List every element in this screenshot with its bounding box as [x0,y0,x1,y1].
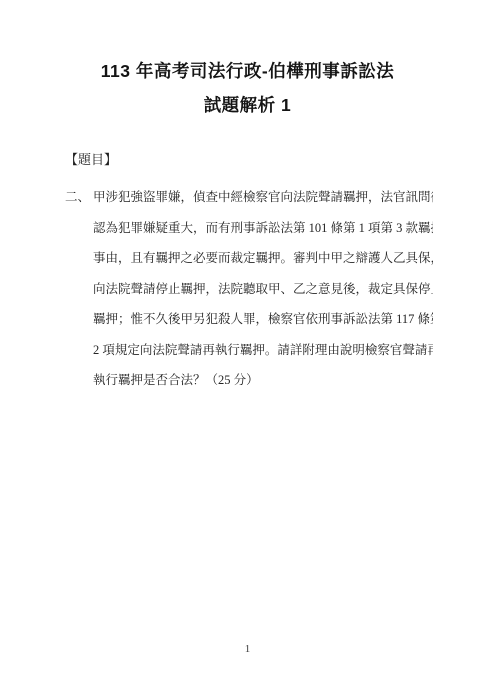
question-paragraph: 二、 甲涉犯強盜罪嫌，偵查中經檢察官向法院聲請羈押，法官訊問後， 認為犯罪嫌疑重… [65,182,433,396]
title-block: 113 年高考司法行政-伯樺刑事訴訟法 試題解析 1 [0,0,495,119]
question-text-line: 羈押；惟不久後甲另犯殺人罪，檢察官依刑事訴訟法第 117 條第 [93,304,433,335]
question-text-line: 2 項規定向法院聲請再執行羈押。請詳附理由說明檢察官聲請再 [93,335,433,366]
document-title-line2: 試題解析 1 [0,92,495,119]
question-text-line: 執行羈押是否合法？（25 分） [93,365,433,396]
question-number-marker: 二、 [65,182,93,396]
document-title-line1: 113 年高考司法行政-伯樺刑事訴訟法 [0,58,495,85]
document-page: 113 年高考司法行政-伯樺刑事訴訟法 試題解析 1 【題目】 二、 甲涉犯強盜… [0,0,495,700]
question-text-line: 甲涉犯強盜罪嫌，偵查中經檢察官向法院聲請羈押，法官訊問後， [93,182,433,213]
question-text-line: 認為犯罪嫌疑重大，而有刑事訴訟法第 101 條第 1 項第 3 款羈押 [93,213,433,244]
question-text: 甲涉犯強盜罪嫌，偵查中經檢察官向法院聲請羈押，法官訊問後， 認為犯罪嫌疑重大，而… [93,182,433,396]
question-text-line: 事由，且有羈押之必要而裁定羈押。審判中甲之辯護人乙具保， [93,243,433,274]
section-label: 【題目】 [65,150,495,169]
question-text-line: 向法院聲請停止羈押，法院聽取甲、乙之意見後，裁定具保停止 [93,274,433,305]
page-number: 1 [0,643,495,655]
